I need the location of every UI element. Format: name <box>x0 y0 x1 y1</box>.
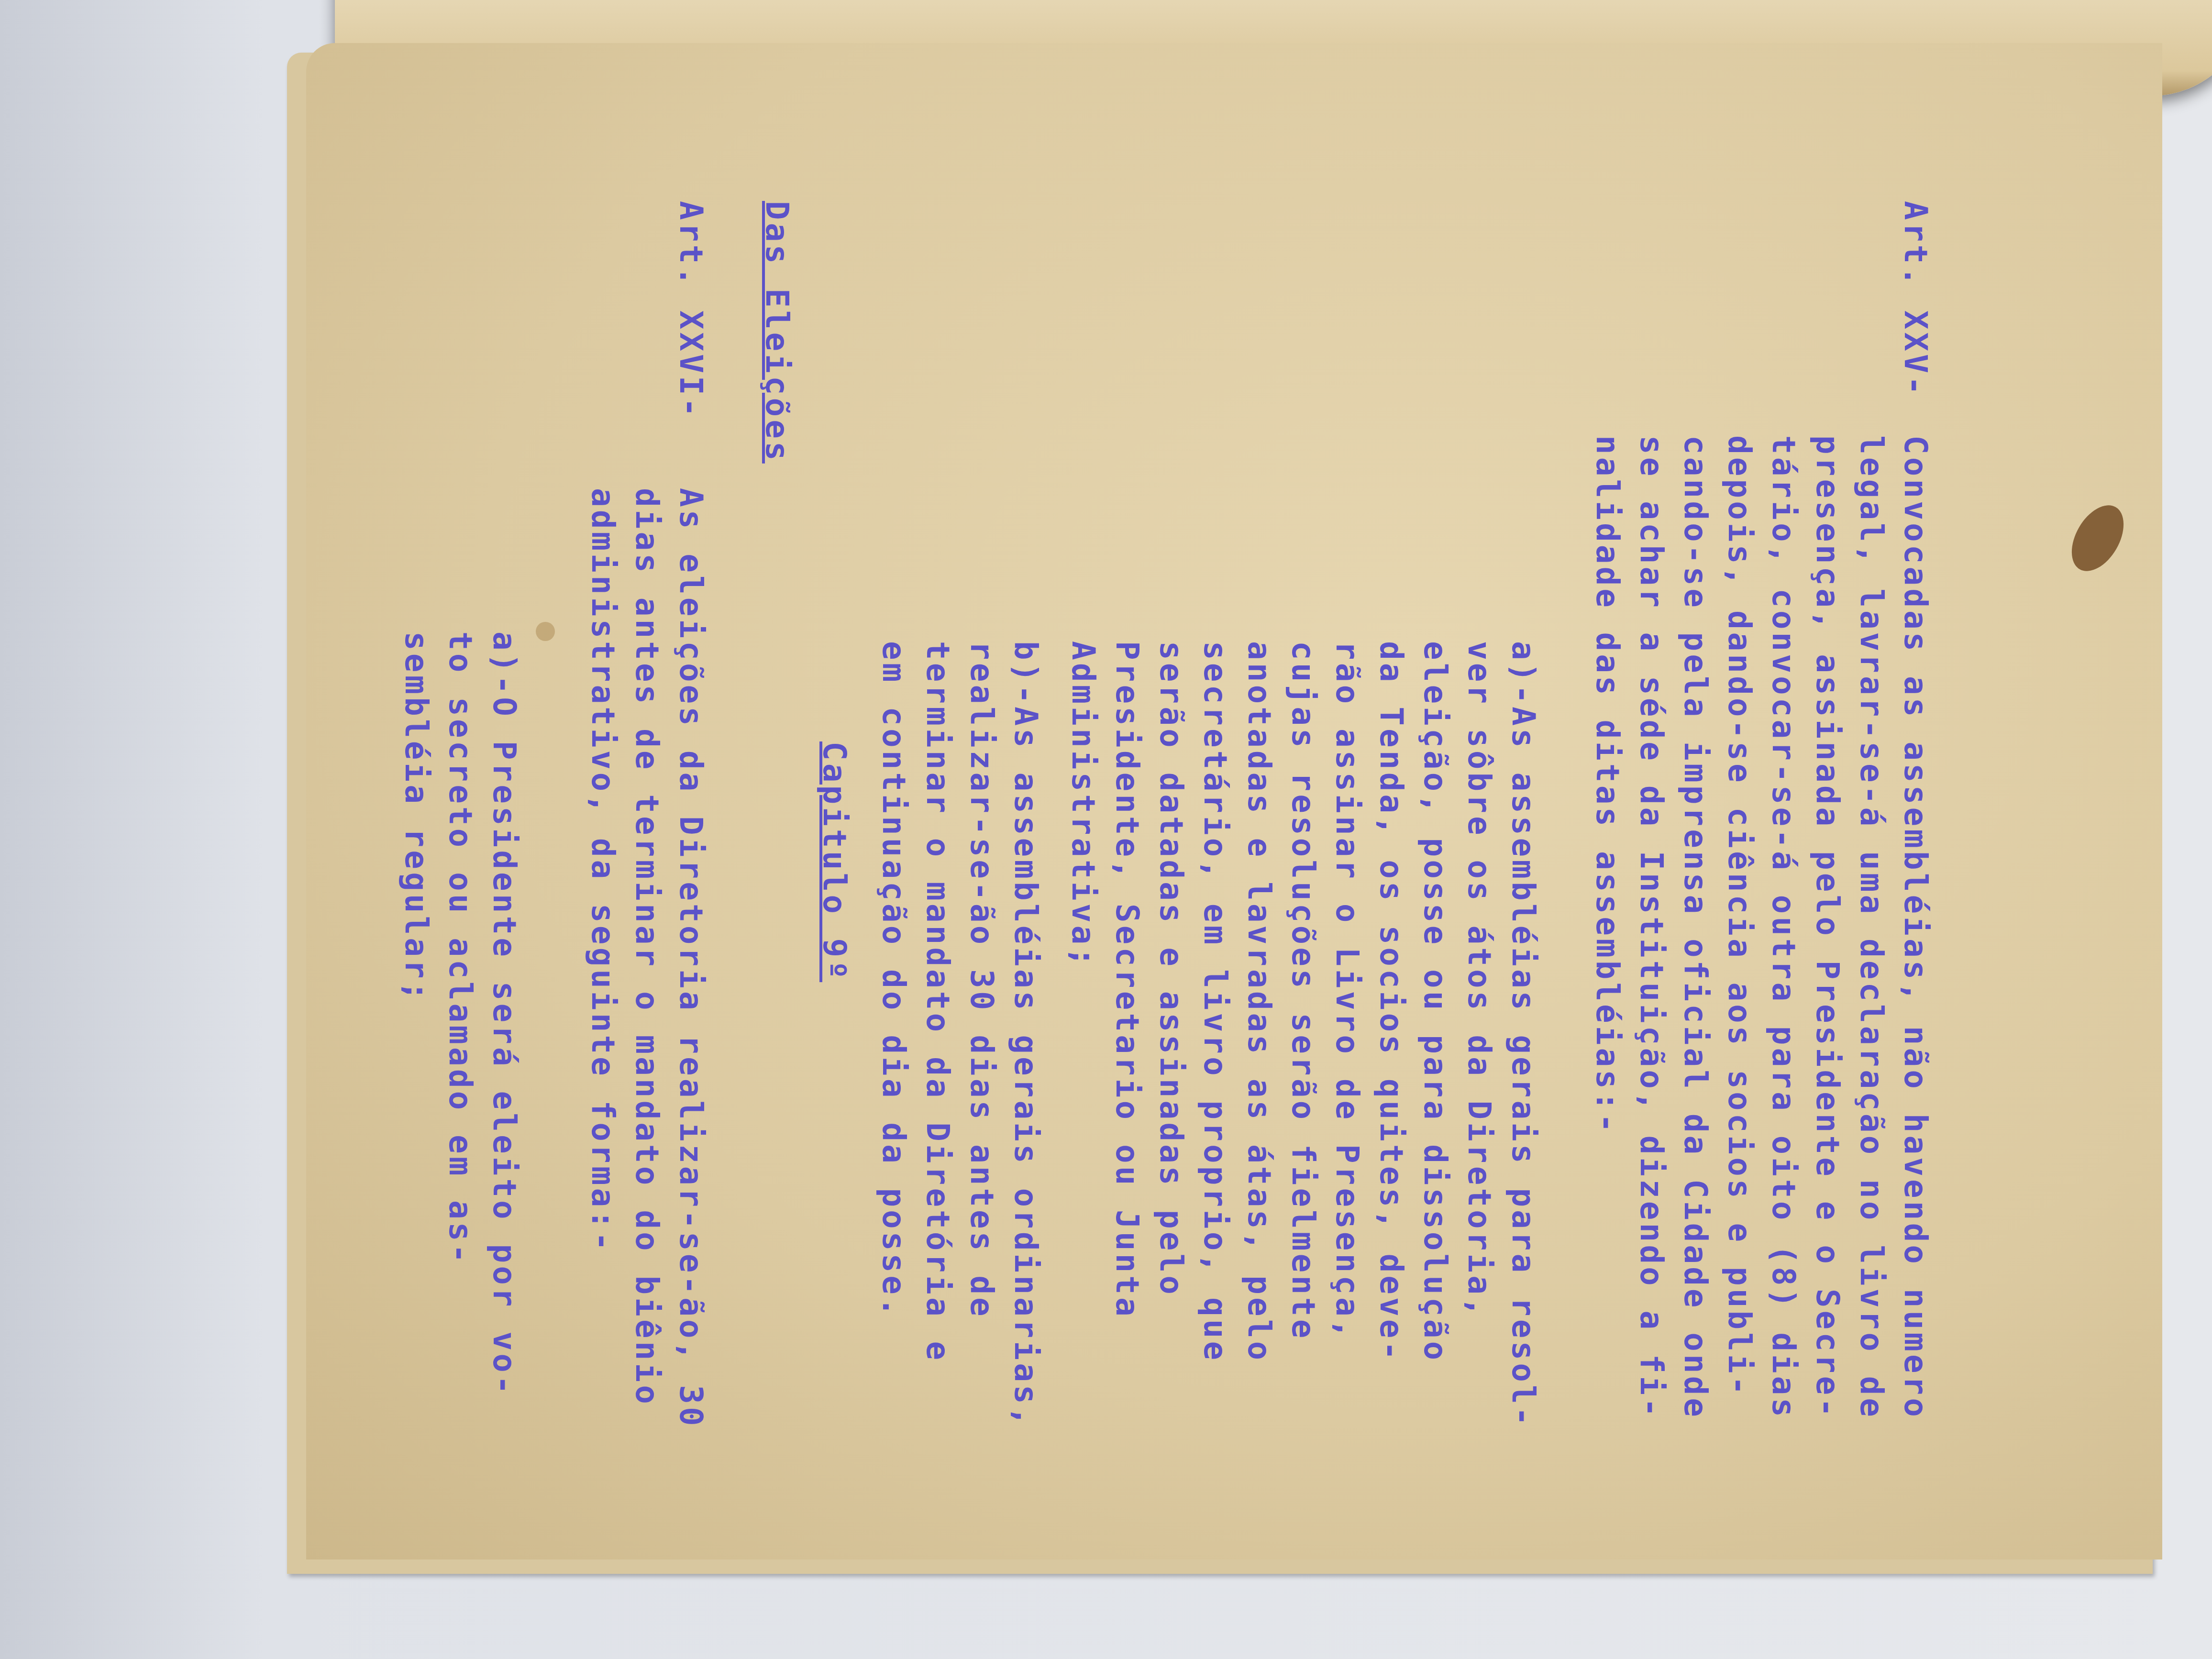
text-line: dias antes de terminar o mandato do biên… <box>625 488 669 1429</box>
text-line: depois, dando-se ciência aos socios e pu… <box>1717 435 1761 1420</box>
text-line: Convocadas as assembléias, não havendo n… <box>1893 435 1937 1420</box>
text-line: to secreto ou aclamado em as- <box>438 631 482 1397</box>
art25-label: Art. XXV- <box>1893 201 1937 398</box>
text-line: cujas resoluções serão fielmente <box>1281 641 1325 1428</box>
text-line: legal, lavrar-se-á uma declaração no liv… <box>1849 435 1893 1420</box>
art25-body: Convocadas as assembléias, não havendo n… <box>1585 435 1937 1420</box>
art26-body: As eleições da Diretoria realizar-se-ão,… <box>581 488 713 1429</box>
art26-label: Art. XXVI- <box>669 201 713 420</box>
text-line: realizar-se-ão 30 dias antes de <box>960 641 1004 1428</box>
text-line: presença, assinada pelo Presidente e o S… <box>1805 435 1849 1420</box>
text-line: cando-se pela imprensa oficial da Cidade… <box>1673 435 1717 1420</box>
text-line: b)-As assembléias gerais ordinarias, <box>1004 641 1048 1428</box>
ink-stain <box>2061 497 2135 580</box>
text-line: se achar a séde da Instituição, dizendo … <box>1629 435 1673 1420</box>
text-line: terminar o mandato da Diretória e <box>916 641 960 1428</box>
text-line: secretário, em livro proprio, que <box>1193 641 1237 1428</box>
item-a: a)-As assembléias gerais para resol-ver … <box>1061 641 1545 1428</box>
text-line: eleição, posse ou para dissolução <box>1413 641 1457 1428</box>
text-line: tário, convocar-se-á outra para oito (8)… <box>1761 435 1805 1420</box>
text-line: Administrativa; <box>1061 641 1105 1428</box>
text-line: As eleições da Diretoria realizar-se-ão,… <box>669 488 713 1429</box>
text-line: a)-As assembléias gerais para resol- <box>1501 641 1545 1428</box>
text-line: rão assinar o Livro de Presença, <box>1325 641 1369 1428</box>
text-line: serão datadas e assinadas pelo <box>1149 641 1193 1428</box>
chapter-heading: Capitulo 9º <box>812 741 856 982</box>
text-line: administrativo, da seguinte forma:- <box>581 488 625 1429</box>
text-line: a)-O Presidente será eleito por vo- <box>482 631 526 1397</box>
text-line: ver sôbre os átos da Diretoria, <box>1457 641 1501 1428</box>
text-line: sembléia regular; <box>394 631 438 1397</box>
text-line: nalidade das ditas assembléias:- <box>1585 435 1629 1420</box>
text-line: anotadas e lavradas as átas, pelo <box>1237 641 1281 1428</box>
item-b: b)-As assembléias gerais ordinarias,real… <box>872 641 1048 1428</box>
text-line: Presidente, Secretario ou Junta <box>1105 641 1149 1428</box>
text-line: em continuação do dia da posse. <box>872 641 916 1428</box>
section-heading: Das Eleições <box>755 201 799 464</box>
text-line: da Tenda, os socios quites, deve- <box>1369 641 1413 1428</box>
typed-text: Art. XXV- Convocadas as assembléias, não… <box>72 201 1937 1636</box>
art26-item-a: a)-O Presidente será eleito por vo-to se… <box>394 631 526 1397</box>
